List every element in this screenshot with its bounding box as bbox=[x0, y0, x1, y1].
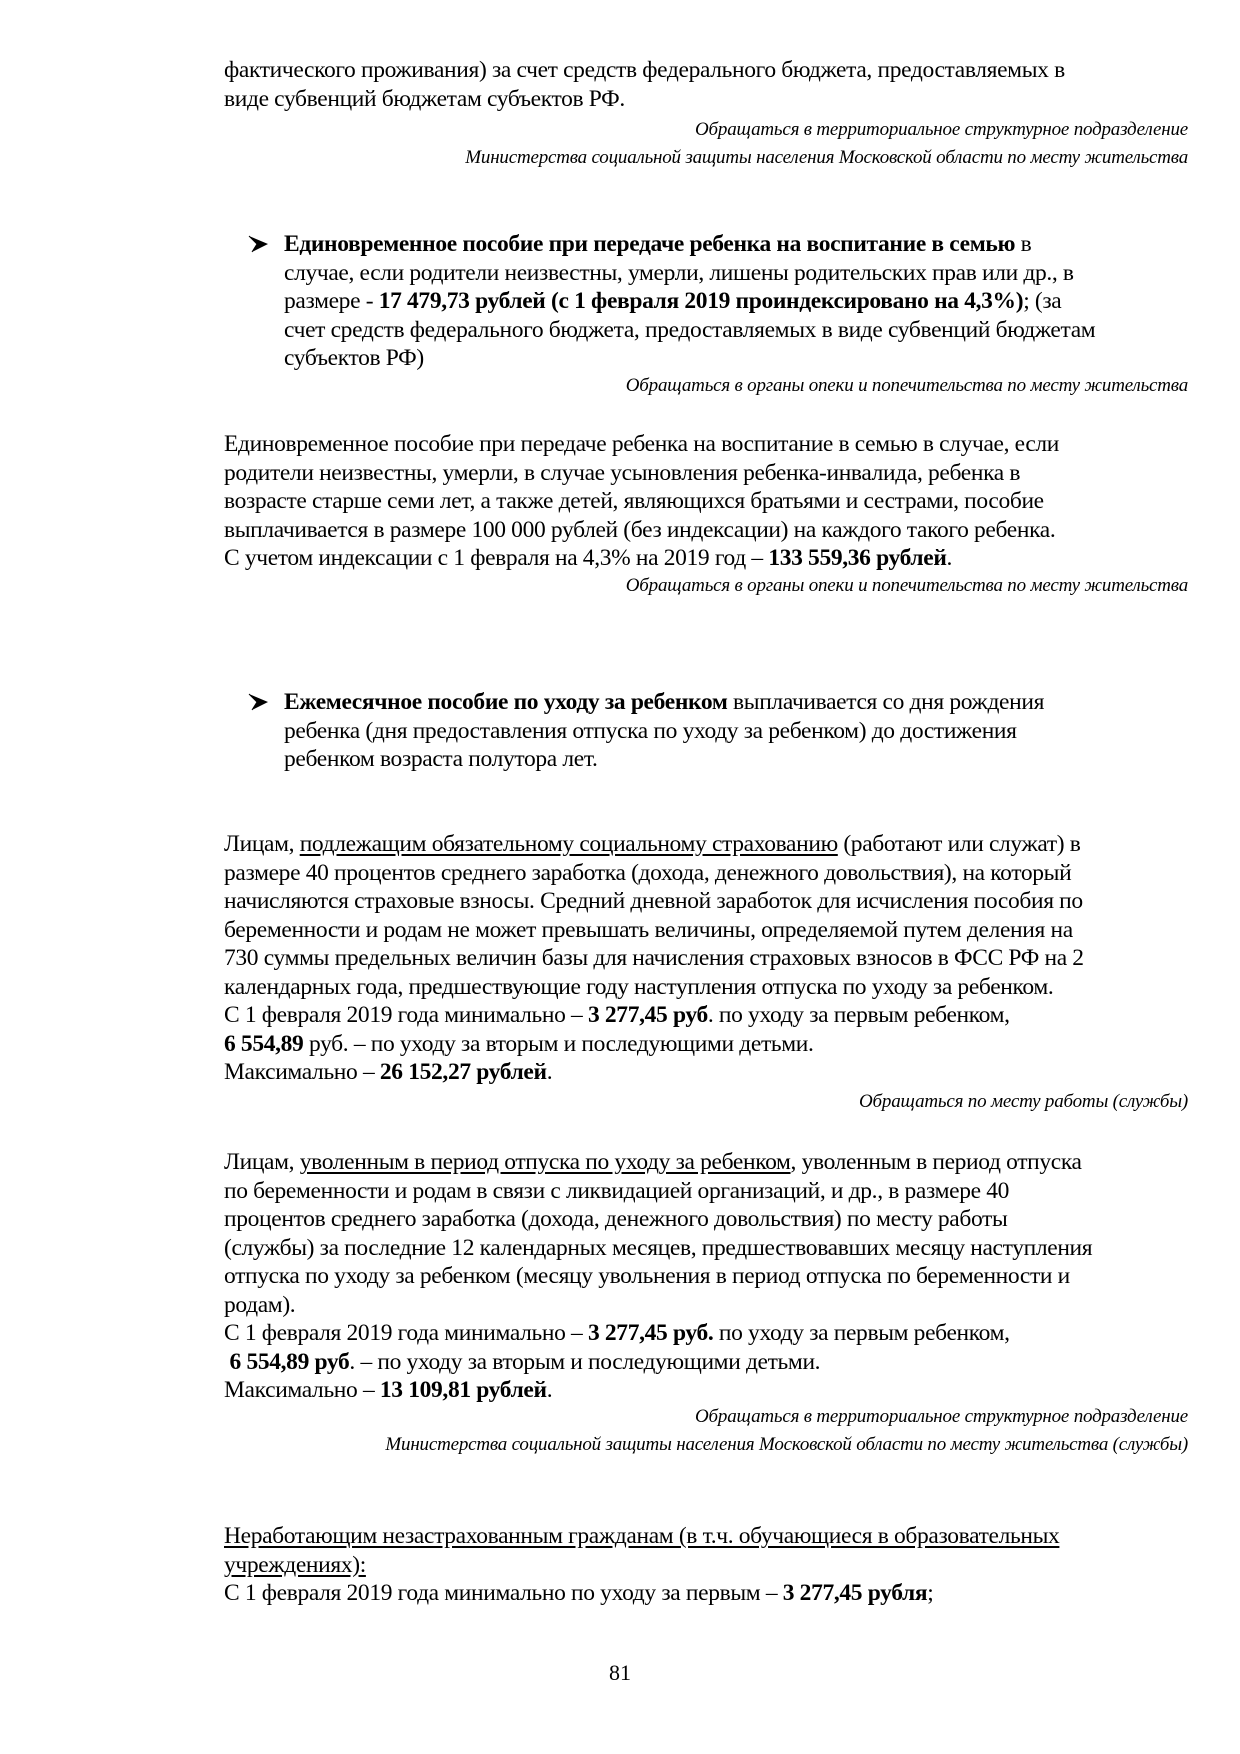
text-line: размере - 17 479,73 рублей (с 1 февраля … bbox=[284, 287, 1061, 316]
contact-note: Обращаться по месту работы (службы) bbox=[859, 1088, 1188, 1116]
contact-note: Обращаться в территориальное структурное… bbox=[695, 1403, 1188, 1431]
text-line: родам). bbox=[224, 1291, 1184, 1320]
text-line: счет средств федерального бюджета, предо… bbox=[284, 316, 1095, 345]
text-line: Максимально – 13 109,81 рублей. bbox=[224, 1376, 1184, 1405]
benefit-amount: 13 109,81 рублей bbox=[380, 1377, 547, 1403]
text-line: Лицам, подлежащим обязательному социальн… bbox=[224, 830, 1184, 859]
text-line: по беременности и родам в связи с ликвид… bbox=[224, 1177, 1184, 1206]
benefit-amount: 3 277,45 руб bbox=[588, 1002, 708, 1028]
text-line: начисляются страховые взносы. Средний дн… bbox=[224, 887, 1184, 916]
bullet-title: Ежемесячное пособие по уходу за ребенком bbox=[284, 689, 728, 715]
insured-paragraph: Лицам, подлежащим обязательному социальн… bbox=[224, 830, 1184, 1087]
underlined-category: уволенным в период отпуска по уходу за р… bbox=[300, 1149, 791, 1175]
text-line: учреждениях): bbox=[224, 1551, 1184, 1580]
underlined-category: Неработающим незастрахованным гражданам … bbox=[224, 1523, 1059, 1549]
text-line: отпуска по уходу за ребенком (месяцу уво… bbox=[224, 1262, 1184, 1291]
text-line: С 1 февраля 2019 года минимально – 3 277… bbox=[224, 1001, 1184, 1030]
benefit-amount: 3 277,45 рубля bbox=[783, 1580, 928, 1606]
benefit-amount: 26 152,27 рублей bbox=[380, 1059, 547, 1085]
contact-note: Министерства социальной защиты населения… bbox=[385, 1431, 1188, 1459]
contact-note: Обращаться в территориальное структурное… bbox=[695, 116, 1188, 144]
benefit-amount: 3 277,45 руб. bbox=[588, 1320, 713, 1346]
bullet-title: Единовременное пособие при передаче ребе… bbox=[284, 231, 1015, 257]
text-line: (службы) за последние 12 календарных мес… bbox=[224, 1234, 1184, 1263]
text-line: выплачивается в размере 100 000 рублей (… bbox=[224, 516, 1184, 545]
underlined-category: учреждениях): bbox=[224, 1552, 366, 1578]
text-line: субъектов РФ) bbox=[284, 344, 424, 373]
benefit-amount: 6 554,89 bbox=[224, 1031, 303, 1057]
text-line: С 1 февраля 2019 года минимально по уход… bbox=[224, 1579, 1184, 1608]
text-line: 730 суммы предельных величин базы для на… bbox=[224, 944, 1184, 973]
text-line: С 1 февраля 2019 года минимально – 3 277… bbox=[224, 1319, 1184, 1348]
text-line: процентов среднего заработка (дохода, де… bbox=[224, 1205, 1184, 1234]
text-line: 6 554,89 руб. – по уходу за вторым и пос… bbox=[224, 1348, 1184, 1377]
contact-note: Министерства социальной защиты населения… bbox=[465, 144, 1188, 172]
text-line: Лицам, уволенным в период отпуска по ухо… bbox=[224, 1148, 1184, 1177]
text-line: С учетом индексации с 1 февраля на 4,3% … bbox=[224, 544, 1184, 573]
page-number: 81 bbox=[0, 1660, 1240, 1686]
arrowhead-bullet-icon bbox=[248, 692, 270, 712]
adoption-paragraph: Единовременное пособие при передаче ребе… bbox=[224, 430, 1184, 573]
text-line: фактического проживания) за счет средств… bbox=[224, 56, 1184, 85]
text-line: размере 40 процентов среднего заработка … bbox=[224, 859, 1184, 888]
text-line: Единовременное пособие при передаче ребе… bbox=[284, 230, 1031, 259]
text-line: календарных года, предшествующие году на… bbox=[224, 973, 1184, 1002]
text-line: ребенка (дня предоставления отпуска по у… bbox=[284, 717, 1017, 746]
text-line: виде субвенций бюджетам субъектов РФ. bbox=[224, 85, 1184, 114]
dismissed-paragraph: Лицам, уволенным в период отпуска по ухо… bbox=[224, 1148, 1184, 1405]
contact-note: Обращаться в органы опеки и попечительст… bbox=[626, 372, 1188, 400]
document-page: фактического проживания) за счет средств… bbox=[0, 0, 1240, 1754]
text-line: Единовременное пособие при передаче ребе… bbox=[224, 430, 1184, 459]
benefit-amount: 17 479,73 рублей (с 1 февраля 2019 проин… bbox=[379, 288, 1023, 314]
text-line: Неработающим незастрахованным гражданам … bbox=[224, 1522, 1184, 1551]
text-line: возрасте старше семи лет, а также детей,… bbox=[224, 487, 1184, 516]
text-line: родители неизвестны, умерли, в случае ус… bbox=[224, 459, 1184, 488]
text-line: беременности и родам не может превышать … bbox=[224, 916, 1184, 945]
contact-note: Обращаться в органы опеки и попечительст… bbox=[626, 572, 1188, 600]
text-line: Ежемесячное пособие по уходу за ребенком… bbox=[284, 688, 1044, 717]
arrowhead-bullet-icon bbox=[248, 234, 270, 254]
text-line: Максимально – 26 152,27 рублей. bbox=[224, 1058, 1184, 1087]
uninsured-paragraph: Неработающим незастрахованным гражданам … bbox=[224, 1522, 1184, 1608]
intro-paragraph: фактического проживания) за счет средств… bbox=[224, 56, 1184, 113]
benefit-amount: 6 554,89 руб bbox=[230, 1349, 350, 1375]
text-line: случае, если родители неизвестны, умерли… bbox=[284, 259, 1074, 288]
text-line: ребенком возраста полутора лет. bbox=[284, 745, 598, 774]
text-line: 6 554,89 руб. – по уходу за вторым и пос… bbox=[224, 1030, 1184, 1059]
benefit-amount: 133 559,36 рублей bbox=[768, 545, 946, 571]
underlined-category: подлежащим обязательному социальному стр… bbox=[300, 831, 838, 857]
